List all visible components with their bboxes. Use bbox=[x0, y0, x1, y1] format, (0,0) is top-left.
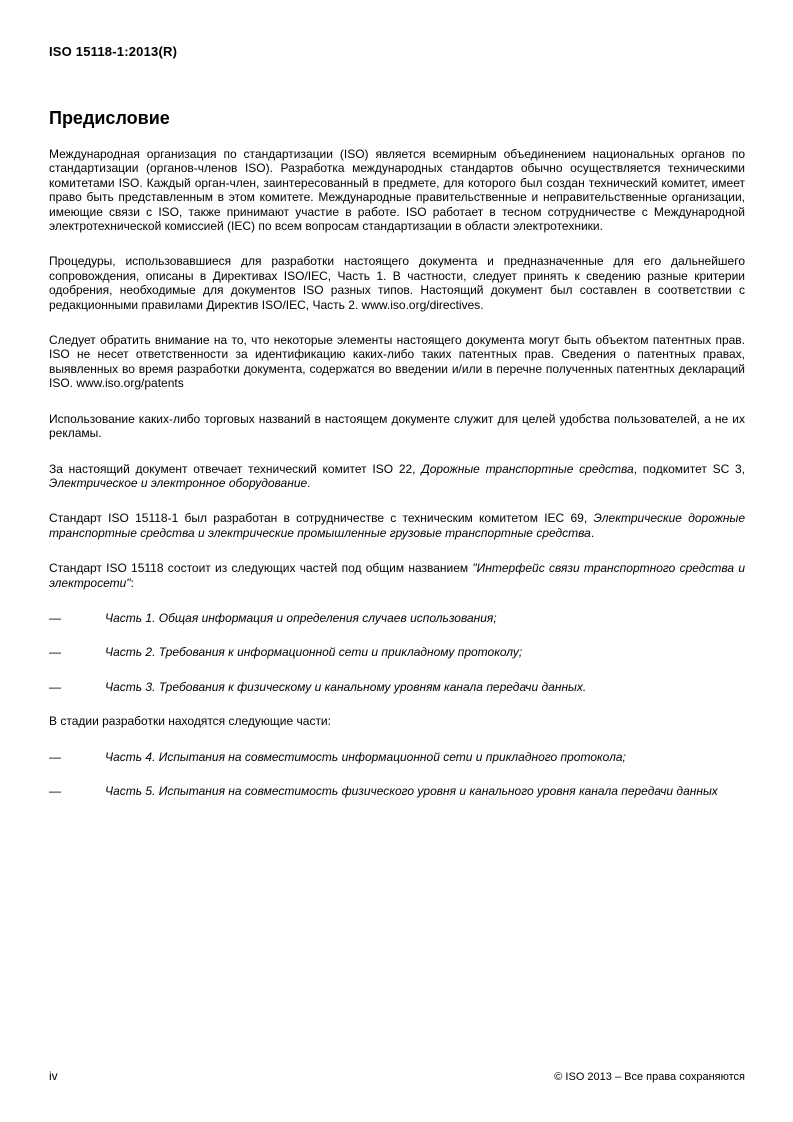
paragraph: Стандарт ISO 15118-1 был разработан в со… bbox=[49, 511, 745, 540]
text-segment: Стандарт ISO 15118 состоит из следующих … bbox=[49, 561, 472, 575]
document-header: ISO 15118-1:2013(R) bbox=[49, 44, 177, 59]
text-segment: За настоящий документ отвечает техническ… bbox=[49, 462, 421, 476]
paragraph: Стандарт ISO 15118 состоит из следующих … bbox=[49, 561, 745, 590]
list-item-text: Часть 1. Общая информация и определения … bbox=[105, 611, 745, 625]
list-dash: — bbox=[49, 611, 105, 625]
document-page: ISO 15118-1:2013(R) Предисловие Междунар… bbox=[0, 0, 793, 1122]
list-dash: — bbox=[49, 680, 105, 694]
list-item-text: Часть 5. Испытания на совместимость физи… bbox=[105, 784, 745, 798]
list-dash: — bbox=[49, 750, 105, 764]
paragraph: За настоящий документ отвечает техническ… bbox=[49, 462, 745, 491]
text-segment: : bbox=[131, 576, 134, 590]
text-segment: Использование каких-либо торговых назван… bbox=[49, 412, 745, 440]
text-segment: Следует обратить внимание на то, что нек… bbox=[49, 333, 745, 390]
text-segment: В стадии разработки находятся следующие … bbox=[49, 714, 331, 728]
text-segment: Часть 5. Испытания на совместимость физи… bbox=[105, 784, 718, 798]
page-number: iv bbox=[49, 1069, 58, 1083]
text-segment: . bbox=[307, 476, 310, 490]
list-item: —Часть 3. Требования к физическому и кан… bbox=[49, 680, 745, 694]
text-segment: Часть 2. Требования к информационной сет… bbox=[105, 645, 522, 659]
text-segment: Электрическое и электронное оборудование bbox=[49, 476, 307, 490]
text-segment: Международная организация по стандартиза… bbox=[49, 147, 745, 233]
copyright-notice: © ISO 2013 – Все права сохраняются bbox=[554, 1071, 745, 1083]
list-item-text: Часть 2. Требования к информационной сет… bbox=[105, 645, 745, 659]
text-segment: Часть 4. Испытания на совместимость инфо… bbox=[105, 750, 626, 764]
paragraph: Использование каких-либо торговых назван… bbox=[49, 412, 745, 441]
list-item-text: Часть 3. Требования к физическому и кана… bbox=[105, 680, 745, 694]
list-item: —Часть 5. Испытания на совместимость физ… bbox=[49, 784, 745, 798]
list-dash: — bbox=[49, 784, 105, 798]
list-item: —Часть 2. Требования к информационной се… bbox=[49, 645, 745, 659]
paragraph: Следует обратить внимание на то, что нек… bbox=[49, 333, 745, 391]
text-segment: Стандарт ISO 15118-1 был разработан в со… bbox=[49, 511, 593, 525]
text-segment: Часть 3. Требования к физическому и кана… bbox=[105, 680, 586, 694]
paragraph: В стадии разработки находятся следующие … bbox=[49, 714, 745, 728]
page-footer: iv © ISO 2013 – Все права сохраняются bbox=[49, 1069, 745, 1083]
text-segment: Дорожные транспортные средства bbox=[421, 462, 633, 476]
text-segment: Часть 1. Общая информация и определения … bbox=[105, 611, 497, 625]
list-item: —Часть 4. Испытания на совместимость инф… bbox=[49, 750, 745, 764]
document-content: Международная организация по стандартиза… bbox=[49, 147, 745, 818]
paragraph: Процедуры, использовавшиеся для разработ… bbox=[49, 254, 745, 312]
text-segment: , подкомитет SC 3, bbox=[634, 462, 745, 476]
paragraph: Международная организация по стандартиза… bbox=[49, 147, 745, 233]
page-title: Предисловие bbox=[49, 108, 170, 129]
text-segment: . bbox=[591, 526, 594, 540]
list-dash: — bbox=[49, 645, 105, 659]
text-segment: Процедуры, использовавшиеся для разработ… bbox=[49, 254, 745, 311]
list-item-text: Часть 4. Испытания на совместимость инфо… bbox=[105, 750, 745, 764]
list-item: —Часть 1. Общая информация и определения… bbox=[49, 611, 745, 625]
